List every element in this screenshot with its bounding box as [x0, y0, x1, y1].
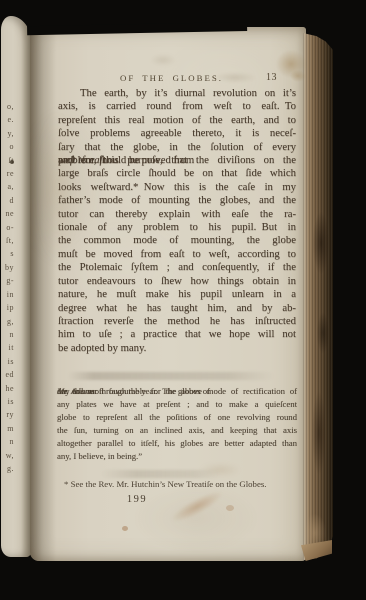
- text-line: globe to repreſent all the poſitions of …: [57, 411, 297, 424]
- edge-text-fragment: is: [1, 355, 14, 368]
- text-segment: ;: [58, 154, 61, 167]
- italic-text: Mr. Adams: [57, 385, 95, 398]
- edge-text-fragment: re: [1, 167, 14, 180]
- text-line: tionale of any problem to his pupil. But…: [58, 221, 296, 234]
- edge-text-fragment: s: [1, 247, 14, 260]
- edge-text-fragment: it: [1, 341, 14, 354]
- footnote-text: day or hour through the year. The globes…: [57, 385, 297, 463]
- left-page-text-fragments: o,e.y,oſtrea,dneo-ſt,sbyg-inipg,nitisedh…: [1, 100, 14, 492]
- edge-text-fragment: w,: [1, 449, 14, 462]
- text-line: nature, he muſt make his pupil unlearn i…: [58, 288, 296, 301]
- text-line: altogether parallel to itſelf, his globe…: [57, 437, 297, 450]
- text-line: the ſun, turning on an inclined axis, an…: [57, 424, 297, 437]
- page-header: OF THE GLOBES. 13: [58, 73, 296, 87]
- text-line: looks weſtward.* Now this is the caſe in…: [58, 181, 296, 194]
- text-line: large braſs circle ſhould be on that ſid…: [58, 167, 296, 180]
- text-line: tutor endeavours to ſhew how things obta…: [58, 275, 296, 288]
- book-fore-edge: [303, 33, 333, 560]
- book-photo: o,e.y,oſtrea,dneo-ſt,sbyg-inipg,nitisedh…: [0, 0, 366, 600]
- text-line: repreſent this real motion of the earth,…: [58, 114, 296, 127]
- edge-text-fragment: y,: [1, 127, 14, 140]
- edge-text-fragment: ſt: [1, 154, 14, 167]
- italic-text: weſt to eaſt: [58, 154, 106, 167]
- body-text: The earth, by it’s diurnal revolution on…: [58, 87, 296, 355]
- text-line: tutor can thereby explain with eaſe the …: [58, 208, 296, 221]
- text-line: the Ptolemaic ſyſtem ; and conſequently,…: [58, 261, 296, 274]
- edge-text-fragment: ſt,: [1, 234, 14, 247]
- edge-text-fragment: n: [1, 328, 14, 341]
- edge-text-fragment: n: [1, 435, 14, 448]
- edge-text-fragment: g,: [1, 315, 14, 328]
- gutter-shadow: [30, 27, 56, 561]
- edge-text-fragment: g-: [1, 274, 14, 287]
- page-number: 13: [266, 72, 277, 83]
- edge-text-fragment: ry: [1, 408, 14, 421]
- edge-text-fragment: ne: [1, 207, 14, 220]
- text-line: ſary that the globe, in the ſolution of …: [58, 141, 296, 154]
- text-line: ſtraction reverſe the method he has inſt…: [58, 315, 296, 328]
- edge-text-fragment: is: [1, 395, 14, 408]
- running-title: OF THE GLOBES.: [120, 73, 223, 83]
- text-line: any plates we have at preſent ; and to m…: [57, 398, 297, 411]
- edge-text-fragment: in: [1, 288, 14, 301]
- text-line: him to uſe ; a practice that we hope wil…: [58, 328, 296, 341]
- text-line: the common mode of mounting, the globe: [58, 234, 296, 247]
- text-line: father’s mode of mounting the globes, an…: [58, 194, 296, 207]
- edge-text-fragment: a,: [1, 180, 14, 193]
- edge-text-fragment: o-: [1, 221, 14, 234]
- bottom-page-number: 199: [124, 494, 150, 505]
- edge-text-fragment: g.: [1, 462, 14, 475]
- text-line: degree what he has taught him, and by ab…: [58, 302, 296, 315]
- edge-text-fragment: o: [1, 140, 14, 153]
- text-line: be adopted by many.: [58, 342, 296, 355]
- edge-text-fragment: o,: [1, 100, 14, 113]
- edge-text-fragment: d: [1, 194, 14, 207]
- footnote-reference: * See the Rev. Mr. Hutchin’s New Treatiſ…: [64, 479, 266, 489]
- edge-text-fragment: ed: [1, 368, 14, 381]
- text-line: muſt be moved from eaſt to weſt, accordi…: [58, 248, 296, 261]
- edge-text-fragment: m: [1, 422, 14, 435]
- text-line: ſolve problems agreeable thereto, it is …: [58, 127, 296, 140]
- text-line: any, I believe, in being.”: [57, 450, 297, 463]
- text-line: axis, is carried round from weſt to eaſt…: [58, 100, 296, 113]
- edge-text-fragment: ip: [1, 301, 14, 314]
- edge-text-fragment: he: [1, 382, 14, 395]
- facing-page-edge: o,e.y,oſtrea,dneo-ſt,sbyg-inipg,nitisedh…: [1, 16, 32, 557]
- text-line: The earth, by it’s diurnal revolution on…: [58, 87, 296, 100]
- edge-text-fragment: by: [1, 261, 14, 274]
- edge-text-fragment: e.: [1, 113, 14, 126]
